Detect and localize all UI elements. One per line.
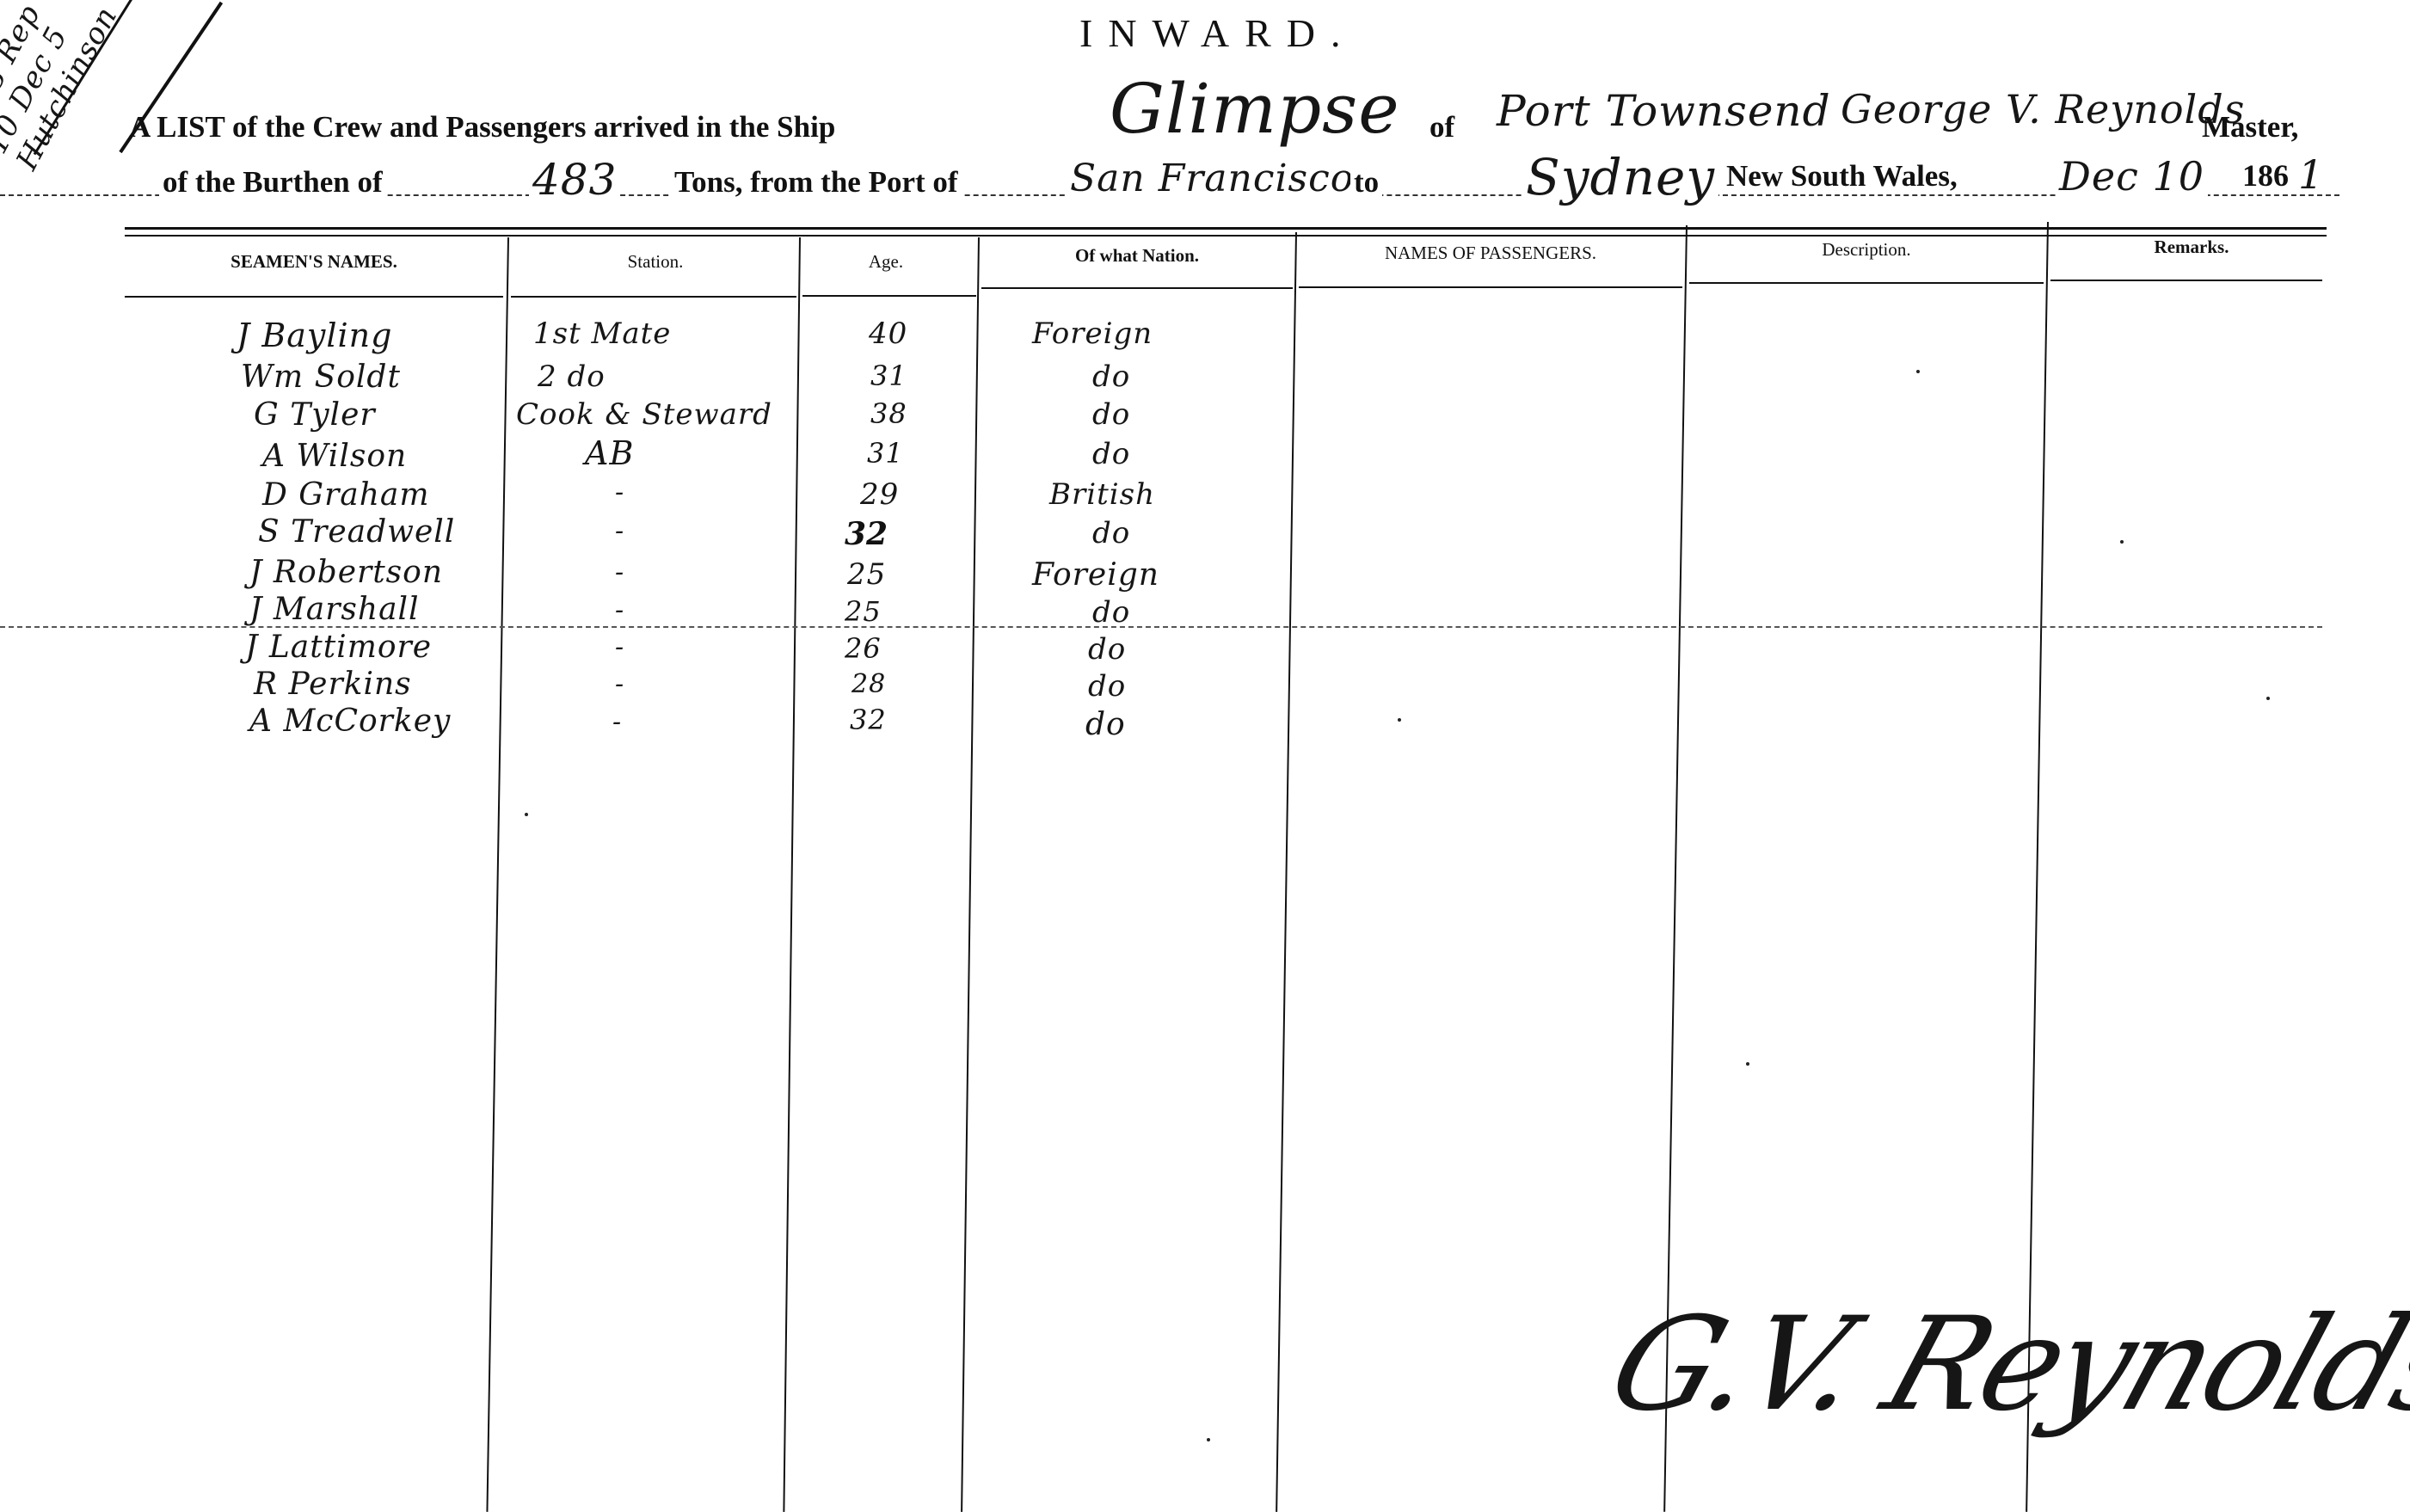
column-header-passengers: NAMES OF PASSENGERS. (1385, 243, 1596, 264)
column-header-remarks: Remarks. (2155, 237, 2229, 258)
seaman-age: 29 (860, 477, 899, 512)
seaman-station: - (615, 669, 624, 699)
seaman-station: - (615, 557, 624, 587)
seaman-station: - (615, 632, 624, 662)
from-port: San Francisco (1067, 157, 1357, 200)
form-line-1-prefix: A LIST of the Crew and Passengers arrive… (129, 110, 835, 144)
ship-name: Glimpse (1110, 69, 1400, 149)
to-label: to (1350, 165, 1382, 200)
seaman-age: 32 (845, 516, 888, 552)
year-printed: 186 (2241, 157, 2290, 194)
column-header-seamen-names: SEAMEN'S NAMES. (231, 251, 397, 273)
header-bottom-rule (511, 296, 796, 298)
home-port: Port Townsend (1497, 86, 1831, 136)
seaman-name: A McCorkey (249, 704, 451, 739)
header-bottom-rule (981, 287, 1293, 289)
column-divider (961, 237, 980, 1512)
tons-value: 483 (529, 155, 620, 205)
to-port: Sydney (1522, 148, 1718, 206)
seaman-age: 26 (845, 632, 882, 665)
scan-speck (1916, 370, 1920, 373)
scan-speck (2266, 697, 2270, 700)
seaman-name: R Perkins (254, 667, 412, 702)
seaman-age: 38 (870, 397, 907, 430)
document-heading: INWARD. (1079, 10, 1356, 56)
seaman-nation: do (1092, 595, 1130, 630)
column-divider (1276, 232, 1297, 1512)
seaman-age: 40 (869, 317, 907, 351)
header-bottom-rule (125, 296, 503, 298)
table-top-rule-inner (125, 235, 2327, 237)
seaman-nation: Foreign (1032, 317, 1153, 351)
header-bottom-rule (802, 295, 976, 297)
header-bottom-rule (1689, 282, 2044, 284)
colony-label: New South Wales, (1723, 159, 1961, 194)
master-name: George V. Reynolds (1841, 86, 2245, 132)
scan-speck (2120, 540, 2124, 544)
seaman-name: D Graham (262, 477, 430, 513)
seaman-name: G Tyler (254, 397, 376, 433)
seaman-name: A Wilson (262, 439, 407, 474)
seaman-nation: do (1092, 437, 1130, 471)
seaman-station: 2 do (538, 360, 606, 394)
seaman-age: 25 (847, 557, 886, 592)
seaman-name: S Treadwell (258, 514, 455, 550)
seaman-nation: do (1088, 669, 1126, 704)
master-label: Master, (2202, 110, 2298, 144)
seaman-station: Cook & Steward (516, 397, 772, 432)
seaman-nation: do (1092, 397, 1130, 432)
seaman-station: AB (585, 434, 634, 472)
column-header-nation: Of what Nation. (1075, 245, 1199, 267)
scan-speck (1746, 1062, 1749, 1066)
seaman-age: 31 (870, 360, 907, 392)
arrival-date: Dec 10 (2056, 153, 2208, 200)
seaman-nation: do (1088, 632, 1126, 667)
seaman-age: 31 (867, 437, 904, 470)
seaman-station: 1st Mate (533, 317, 671, 351)
seaman-nation: Foreign (1032, 557, 1159, 593)
column-header-age: Age. (869, 251, 903, 273)
column-header-description: Description. (1822, 239, 1910, 261)
seaman-name: Wm Soldt (241, 360, 401, 395)
scan-speck (1398, 718, 1401, 722)
seaman-station: - (615, 516, 624, 546)
scan-speck (525, 813, 528, 816)
seaman-age: 28 (851, 669, 886, 699)
column-divider (783, 237, 801, 1512)
seaman-name: J Robertson (249, 555, 443, 590)
form-line-1-of: of (1429, 110, 1454, 144)
seaman-name: J Bayling (237, 317, 392, 354)
column-divider (486, 237, 509, 1512)
seaman-nation: do (1092, 360, 1130, 394)
seaman-age: 25 (845, 595, 882, 628)
seaman-name: J Marshall (249, 592, 420, 627)
seaman-station: - (615, 595, 624, 625)
column-header-station: Station. (628, 251, 684, 273)
seaman-nation: do (1085, 707, 1126, 742)
scan-speck (1207, 1438, 1210, 1441)
year-handwritten: 1 (2298, 151, 2324, 198)
seaman-nation: British (1049, 477, 1155, 512)
burthen-label: of the Burthen of (159, 165, 386, 200)
table-top-rule (125, 227, 2327, 230)
seaman-station: - (612, 707, 622, 737)
seaman-age: 32 (850, 704, 887, 736)
header-bottom-rule (2050, 280, 2322, 281)
seaman-name: J Lattimore (245, 630, 432, 665)
seaman-nation: do (1092, 516, 1130, 550)
tons-label: Tons, from the Port of (671, 165, 962, 200)
seaman-station: - (615, 477, 624, 507)
master-signature: G.V. Reynolds (1593, 1290, 2410, 1440)
header-bottom-rule (1299, 286, 1682, 288)
